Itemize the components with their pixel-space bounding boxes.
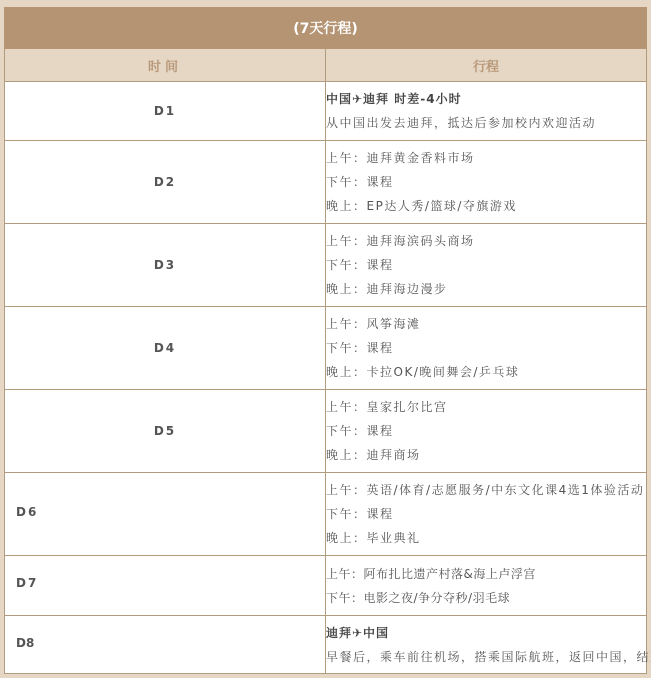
header-itinerary: 行程 <box>326 49 647 82</box>
table-row-d6: D6 上午：英语/体育/志愿服务/中东文化课4选1体验活动 下午：课程 晚上：毕… <box>5 473 647 556</box>
day-detail: 中国✈迪拜 时差-4小时 从中国出发去迪拜，抵达后参加校内欢迎活动 <box>326 82 647 141</box>
table-row-d2: D2 上午：迪拜黄金香料市场 下午：课程 晚上：EP达人秀/篮球/夺旗游戏 <box>5 141 647 224</box>
header-row: 时间 行程 <box>5 49 647 82</box>
day-detail: 上午：风筝海滩 下午：课程 晚上：卡拉OK/晚间舞会/乒乓球 <box>326 307 647 390</box>
detail-line: 上午：皇家扎尔比宫 <box>326 395 646 419</box>
detail-line: 上午：迪拜黄金香料市场 <box>326 146 646 170</box>
detail-line: 晚上：迪拜商场 <box>326 443 646 467</box>
detail-line: 上午：英语/体育/志愿服务/中东文化课4选1体验活动 <box>326 478 646 502</box>
itinerary-table: (7天行程) 时间 行程 D1 中国✈迪拜 时差-4小时 从中国出发去迪拜，抵达… <box>4 7 647 674</box>
table-row-d1: D1 中国✈迪拜 时差-4小时 从中国出发去迪拜，抵达后参加校内欢迎活动 <box>5 82 647 141</box>
table-row-d3: D3 上午：迪拜海滨码头商场 下午：课程 晚上：迪拜海边漫步 <box>5 224 647 307</box>
day-detail: 上午：迪拜黄金香料市场 下午：课程 晚上：EP达人秀/篮球/夺旗游戏 <box>326 141 647 224</box>
header-time: 时间 <box>5 49 326 82</box>
day-label: D7 <box>5 556 326 616</box>
route-heading: 中国✈迪拜 时差-4小时 <box>326 87 646 111</box>
day-label: D4 <box>5 307 326 390</box>
table-row-d8: D8 迪拜✈中国 早餐后，乘车前往机场，搭乘国际航班，返回中国，结束愉快之旅！ <box>5 616 647 674</box>
day-label: D5 <box>5 390 326 473</box>
detail-line: 上午：迪拜海滨码头商场 <box>326 229 646 253</box>
day-detail: 上午：皇家扎尔比宫 下午：课程 晚上：迪拜商场 <box>326 390 647 473</box>
detail-line: 下午：电影之夜/争分夺秒/羽毛球 <box>326 586 646 610</box>
table-row-d4: D4 上午：风筝海滩 下午：课程 晚上：卡拉OK/晚间舞会/乒乓球 <box>5 307 647 390</box>
table-row-d7: D7 上午：阿布扎比遗产村落&海上卢浮宫 下午：电影之夜/争分夺秒/羽毛球 <box>5 556 647 616</box>
table-row-d5: D5 上午：皇家扎尔比宫 下午：课程 晚上：迪拜商场 <box>5 390 647 473</box>
day-label: D8 <box>5 616 326 674</box>
day-detail: 迪拜✈中国 早餐后，乘车前往机场，搭乘国际航班，返回中国，结束愉快之旅！ <box>326 616 647 674</box>
detail-line: 下午：课程 <box>326 502 646 526</box>
detail-line: 上午：风筝海滩 <box>326 312 646 336</box>
route-heading: 迪拜✈中国 <box>326 621 646 645</box>
title-row: (7天行程) <box>5 8 647 49</box>
detail-line: 从中国出发去迪拜，抵达后参加校内欢迎活动 <box>326 111 646 135</box>
day-label: D3 <box>5 224 326 307</box>
detail-line: 晚上：毕业典礼 <box>326 526 646 550</box>
day-label: D6 <box>5 473 326 556</box>
detail-line: 上午：阿布扎比遗产村落&海上卢浮宫 <box>326 562 646 586</box>
table-title: (7天行程) <box>5 8 647 49</box>
detail-line: 下午：课程 <box>326 336 646 360</box>
detail-line: 下午：课程 <box>326 253 646 277</box>
detail-line: 早餐后，乘车前往机场，搭乘国际航班，返回中国，结束愉快之旅！ <box>326 645 646 669</box>
detail-line: 晚上：EP达人秀/篮球/夺旗游戏 <box>326 194 646 218</box>
detail-line: 下午：课程 <box>326 419 646 443</box>
day-detail: 上午：阿布扎比遗产村落&海上卢浮宫 下午：电影之夜/争分夺秒/羽毛球 <box>326 556 647 616</box>
day-detail: 上午：英语/体育/志愿服务/中东文化课4选1体验活动 下午：课程 晚上：毕业典礼 <box>326 473 647 556</box>
detail-line: 晚上：卡拉OK/晚间舞会/乒乓球 <box>326 360 646 384</box>
day-detail: 上午：迪拜海滨码头商场 下午：课程 晚上：迪拜海边漫步 <box>326 224 647 307</box>
day-label: D1 <box>5 82 326 141</box>
day-label: D2 <box>5 141 326 224</box>
detail-line: 下午：课程 <box>326 170 646 194</box>
detail-line: 晚上：迪拜海边漫步 <box>326 277 646 301</box>
